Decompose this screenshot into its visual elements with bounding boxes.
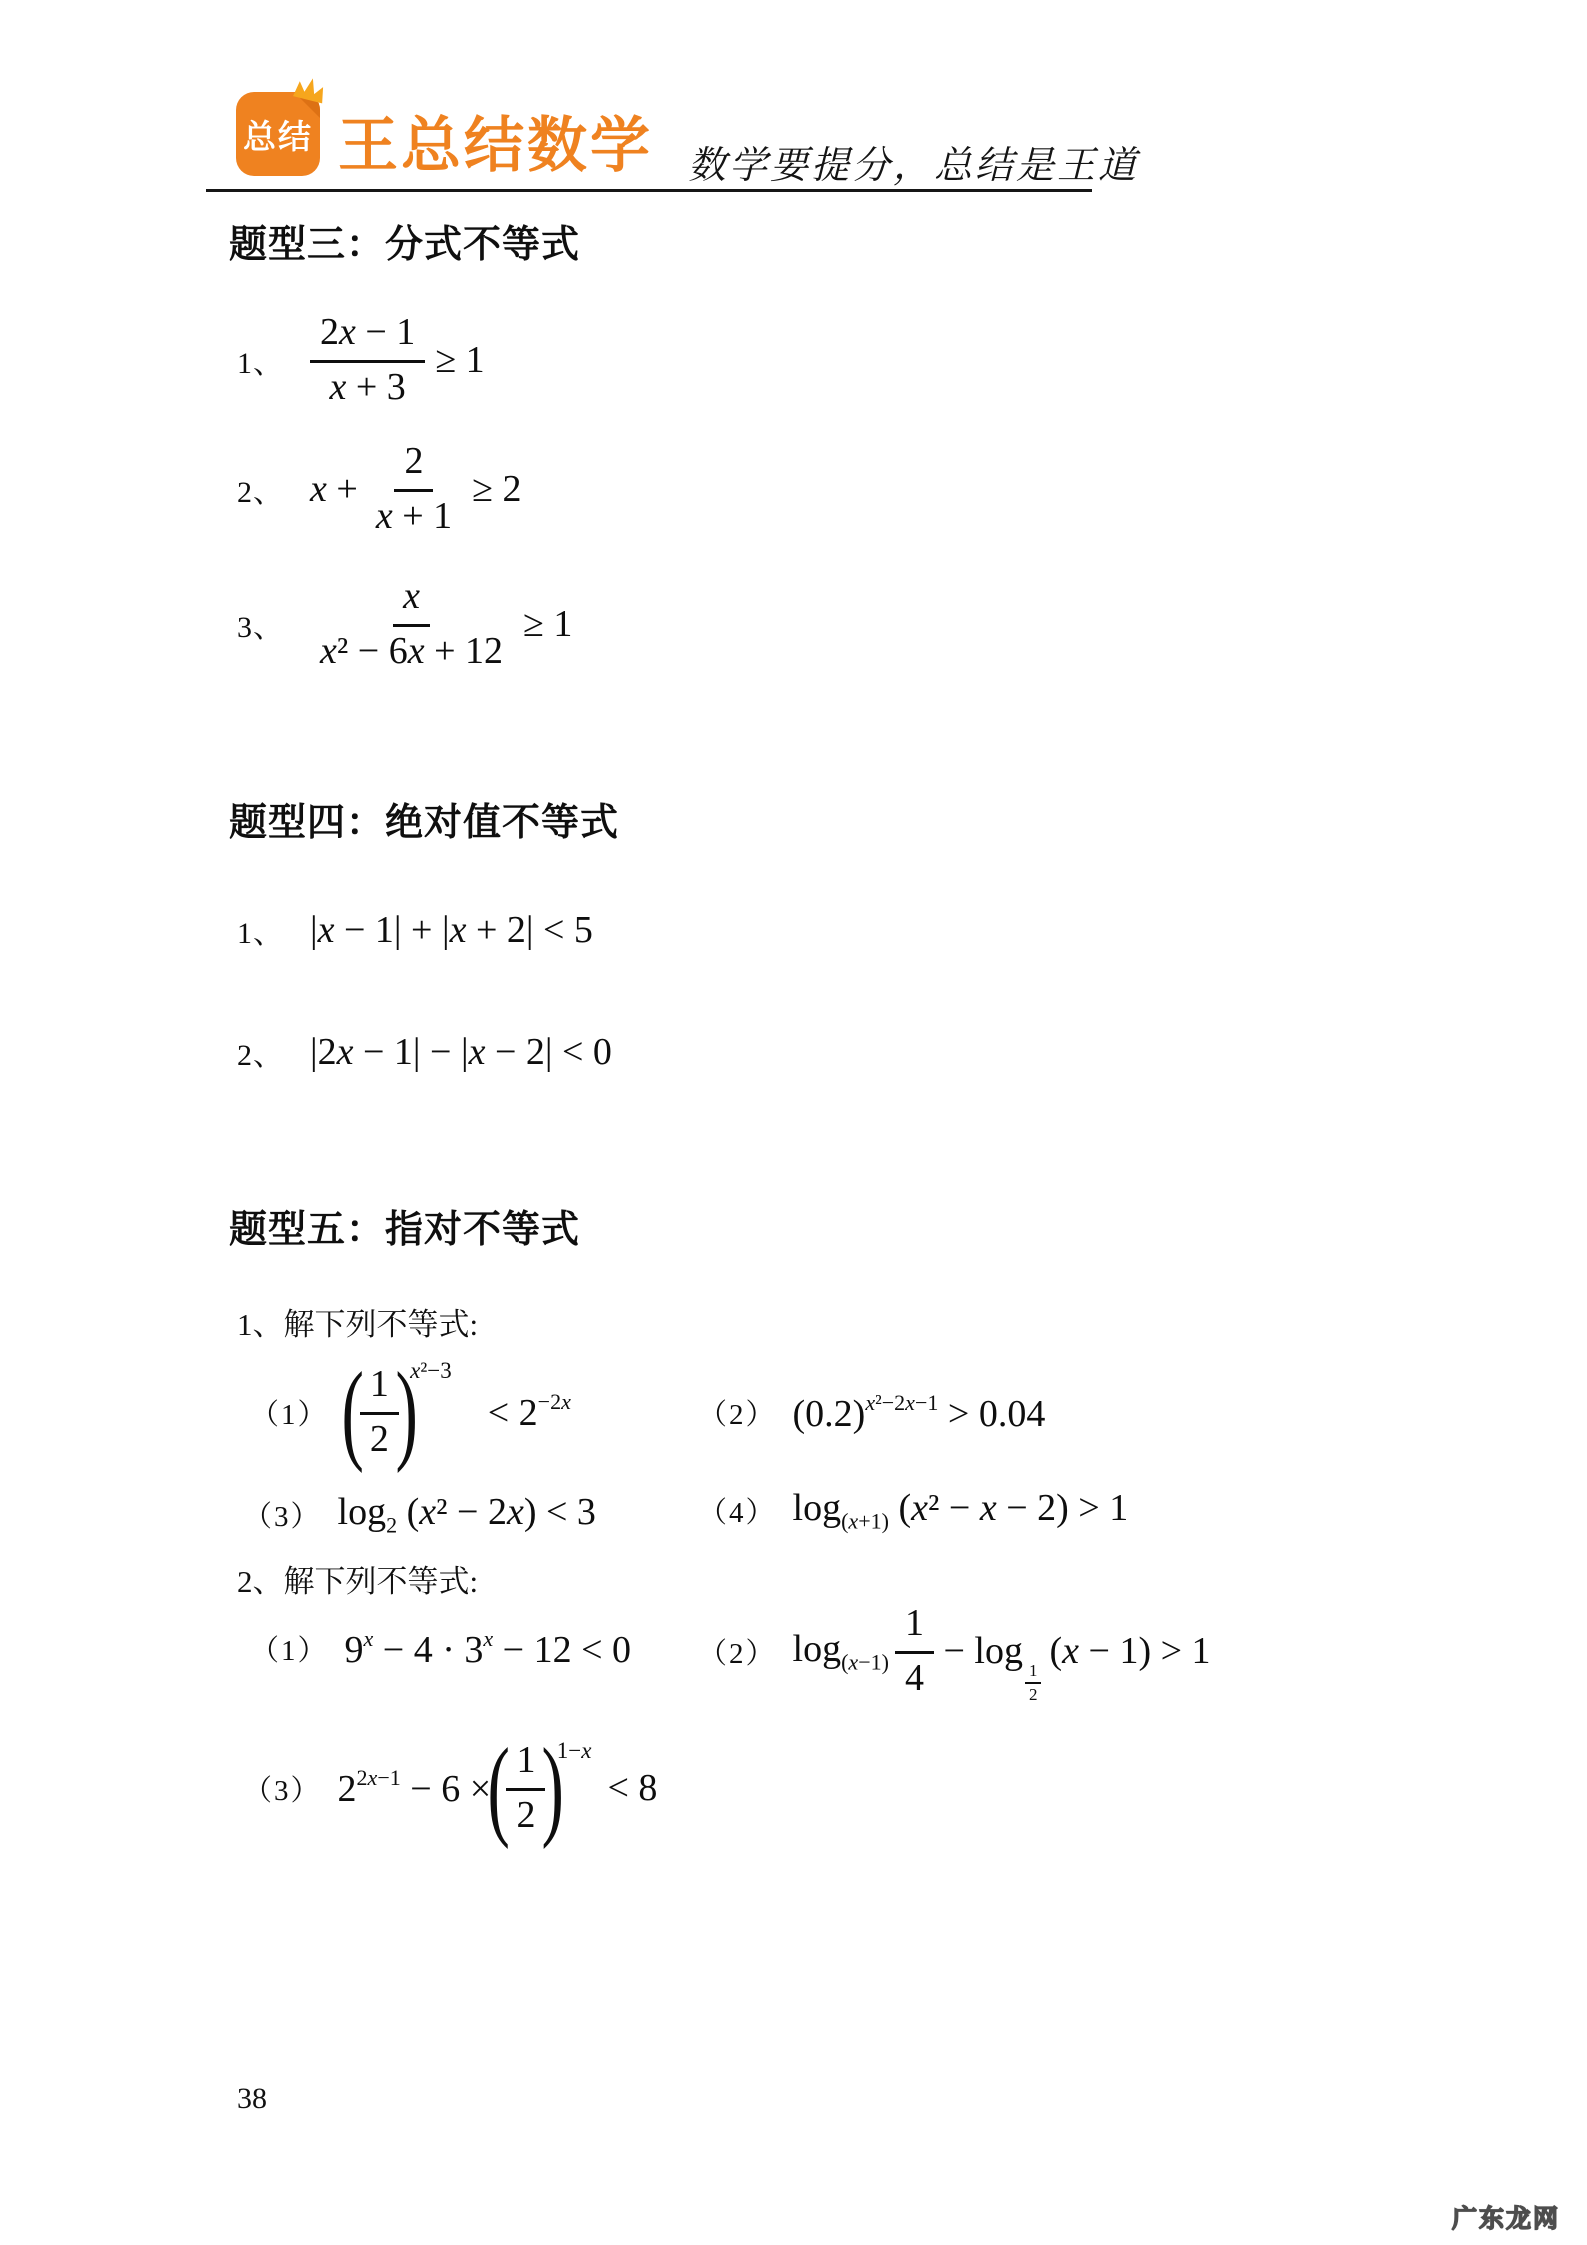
formula-4-2: 2、 |2x − 1| − |x − 2| < 0	[237, 1030, 612, 1074]
formula-5-2-2: （2） log(x−1) 1 4 − log 1 2 (x − 1) > 1	[698, 1602, 1211, 1700]
fraction: 2x − 1 x + 3	[310, 311, 425, 409]
header-slogan: 数学要提分，总结是王道	[688, 134, 1139, 189]
fraction: 1 2	[506, 1739, 545, 1837]
right-paren: )	[542, 1732, 564, 1844]
item-number: （3）	[243, 1768, 322, 1809]
log-group: log(x−1)	[793, 1627, 889, 1675]
formula-4-1: 1、 |x − 1| + |x + 2| < 5	[237, 908, 593, 952]
expression-group: 9x − 4 · 3x − 12 < 0	[345, 1626, 632, 1672]
item-number: 1、	[237, 908, 284, 952]
expression-group: 22x−1 − 6 ×	[338, 1765, 492, 1811]
fraction: 1 2	[360, 1363, 399, 1461]
fraction-numerator: 1	[360, 1363, 399, 1415]
worksheet-page: { "header": { "badge": "总结", "brand": "王…	[0, 0, 1587, 2245]
fraction-denominator: 2	[1025, 1684, 1042, 1705]
expression: |x − 1| + |x + 2| < 5	[310, 908, 593, 952]
fraction-denominator: 4	[895, 1654, 934, 1701]
formula-3-1: 1、 2x − 1 x + 3 ≥ 1	[237, 311, 485, 409]
relation: < 8	[607, 1766, 657, 1810]
item-number: （1）	[250, 1628, 329, 1669]
item-number: （1）	[250, 1392, 329, 1433]
base: 2	[338, 1768, 357, 1810]
fraction: 1 4	[895, 1602, 934, 1700]
fraction-denominator: x + 3	[320, 363, 416, 410]
argument: (x − 1) > 1	[1049, 1629, 1210, 1673]
item-number: （2）	[698, 1392, 777, 1433]
item-number: 2、	[237, 1030, 284, 1074]
exponent: x	[364, 1626, 374, 1651]
item-number: 3、	[237, 602, 284, 646]
argument: (x² − x − 2) > 1	[889, 1487, 1128, 1529]
group2-instruction: 2、解下列不等式:	[237, 1556, 478, 1601]
formula-5-2-1: （1） 9x − 4 · 3x − 12 < 0	[250, 1626, 631, 1672]
log-base: 2	[386, 1512, 397, 1537]
formula-5-1-1: （1） ( 1 2 ) x²−3 < 2−2x	[250, 1356, 571, 1468]
fraction: x x² − 6x + 12	[310, 575, 513, 673]
relation-group: < 2−2x	[488, 1389, 571, 1435]
formula-5-1-3: （3） log2 (x² − 2x) < 3	[243, 1490, 596, 1538]
fraction-numerator: x	[393, 575, 430, 627]
formula-3-2: 2、 x + 2 x + 1 ≥ 2	[237, 440, 521, 538]
base: 9	[345, 1629, 364, 1671]
expression-group: log2 (x² − 2x) < 3	[338, 1490, 596, 1538]
header-divider	[206, 189, 1092, 192]
relation: ≥ 2	[472, 467, 521, 511]
operator-term: − 4 · 3	[373, 1629, 483, 1671]
left-paren: (	[488, 1732, 510, 1844]
relation: ≥ 1	[523, 602, 572, 646]
log-base-fraction: 1 2	[1025, 1661, 1042, 1704]
expression-lead: x +	[310, 467, 358, 511]
item-number: 1、	[237, 338, 284, 382]
fraction-numerator: 2	[394, 440, 433, 492]
right-paren: )	[395, 1356, 417, 1468]
section5-title: 题型五：指对不等式	[229, 1198, 580, 1253]
logo-badge: 总结	[236, 92, 320, 176]
section4-title: 题型四：绝对值不等式	[229, 791, 619, 846]
item-number: 2、	[237, 467, 284, 511]
watermark: 广东龙网	[1452, 2199, 1560, 2235]
item-number: （4）	[698, 1490, 777, 1531]
expression-group: (0.2)x²−2x−1 > 0.04	[793, 1390, 1046, 1436]
log-function: log	[338, 1491, 387, 1533]
fraction: 2 x + 1	[366, 440, 462, 538]
formula-3-3: 3、 x x² − 6x + 12 ≥ 1	[237, 575, 572, 673]
fraction-numerator: 1	[506, 1739, 545, 1791]
fraction-denominator: x + 1	[366, 492, 462, 539]
fraction-numerator: 2x − 1	[310, 311, 425, 363]
relation: ≥ 1	[435, 338, 484, 382]
left-paren: (	[341, 1356, 363, 1468]
brand-title: 王总结数学	[338, 98, 653, 184]
relation: < 2	[488, 1392, 538, 1434]
section3-title: 题型三：分式不等式	[229, 213, 580, 268]
base: (0.2)	[793, 1393, 866, 1435]
fraction-denominator: 2	[506, 1791, 545, 1838]
group1-instruction: 1、解下列不等式:	[237, 1299, 478, 1344]
page-number: 38	[237, 2082, 267, 2116]
exponent: 2x−1	[357, 1765, 401, 1790]
item-number: （2）	[698, 1631, 777, 1672]
exponent: x	[483, 1626, 493, 1651]
formula-5-2-3: （3） 22x−1 − 6 × ( 1 2 ) 1−x < 8	[243, 1732, 657, 1844]
exponent: x²−2x−1	[865, 1390, 938, 1415]
formula-5-1-2: （2） (0.2)x²−2x−1 > 0.04	[698, 1390, 1045, 1436]
exponent: −2x	[538, 1389, 571, 1414]
relation: > 0.04	[938, 1393, 1045, 1435]
fraction-numerator: 1	[1025, 1661, 1042, 1684]
formula-5-1-4: （4） log(x+1) (x² − x − 2) > 1	[698, 1486, 1128, 1534]
operator-log: − log	[934, 1629, 1023, 1673]
fraction-denominator: x² − 6x + 12	[310, 627, 513, 674]
fraction-denominator: 2	[360, 1415, 399, 1462]
fraction-numerator: 1	[895, 1602, 934, 1654]
log-function: log	[793, 1628, 842, 1670]
expression-group: log(x+1) (x² − x − 2) > 1	[793, 1486, 1129, 1534]
log-function: log	[793, 1487, 842, 1529]
item-number: （3）	[243, 1494, 322, 1535]
log-base: (x+1)	[841, 1508, 889, 1533]
operator-term: − 6 ×	[401, 1768, 491, 1810]
log-base: (x−1)	[841, 1649, 889, 1674]
expression: |2x − 1| − |x − 2| < 0	[310, 1030, 612, 1074]
relation: − 12 < 0	[493, 1629, 631, 1671]
argument: (x² − 2x) < 3	[397, 1491, 596, 1533]
